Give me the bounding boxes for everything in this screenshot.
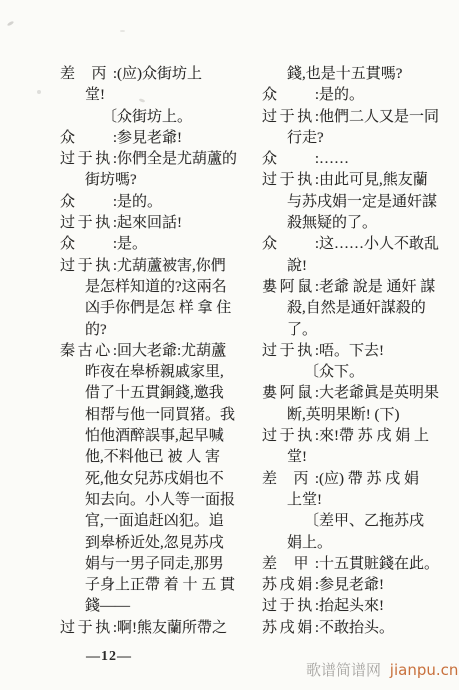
speaker-name: 差 丙: — [60, 64, 117, 85]
dialogue-line: 差 甲:十五貫賍錢在此。 — [262, 554, 459, 575]
dialogue-text: 是的。 — [117, 194, 162, 210]
stage-direction-line: 〔差甲、乙拖苏戌 — [262, 511, 459, 532]
dialogue-continuation-line: 断,英明果断! (下) — [262, 405, 459, 426]
dialogue-line: 众:是的。 — [262, 85, 459, 106]
dialogue-text: 你們全是尤葫蘆的 — [117, 151, 237, 167]
scan-artifact — [120, 30, 125, 32]
dialogue-text: 堂! — [85, 87, 105, 103]
dialogue-continuation-line: 錢—— — [60, 596, 242, 617]
speaker-name: 过于执: — [262, 107, 319, 128]
dialogue-line: 秦古心:回大老爺:尤葫蘆 — [60, 341, 242, 362]
speaker-name: 众: — [60, 192, 117, 213]
dialogue-line: 过于执:尤葫蘆被害,你們 — [60, 256, 242, 277]
speaker-name: 众: — [60, 234, 117, 255]
speaker-name: 过于执: — [262, 170, 319, 191]
dialogue-text: 抬起头來! — [319, 598, 384, 614]
dialogue-text: 死,他女兒苏戌娟也不 — [85, 471, 224, 487]
dialogue-text: 錢—— — [85, 598, 130, 614]
dialogue-text: 是的。 — [319, 87, 364, 103]
dialogue-text: (应)众街坊上 — [117, 66, 202, 82]
stage-direction-line: 〔众街坊上。 — [60, 107, 242, 128]
watermark-site-name: 歌谱简谱网 — [306, 661, 381, 679]
dialogue-text: 回大老爺:尤葫蘆 — [117, 343, 226, 359]
speaker-name: 众: — [262, 85, 319, 106]
dialogue-text: 凶手你們是怎 样 拿 住 — [85, 300, 231, 316]
dialogue-continuation-line: 殺無疑的了。 — [262, 213, 459, 234]
dialogue-line: 众:参見老爺! — [60, 128, 242, 149]
dialogue-continuation-line: 怕他酒醉誤事,起早喊 — [60, 426, 242, 447]
dialogue-text: 尤葫蘆被害,你們 — [117, 258, 226, 274]
dialogue-text: 的? — [85, 322, 107, 338]
dialogue-text: 殺無疑的了。 — [287, 215, 377, 231]
dialogue-line: 过于执:他們二人又是一同 — [262, 107, 459, 128]
speaker-name: 众: — [262, 234, 319, 255]
dialogue-continuation-line: 他,不料他已 被 人 害 — [60, 447, 242, 468]
dialogue-continuation-line: 行走? — [262, 128, 459, 149]
dialogue-line: 过于执:起來回話! — [60, 213, 242, 234]
dialogue-continuation-line: 殺,自然是通奸謀殺的 — [262, 298, 459, 319]
dialogue-continuation-line: 到皋桥近处,忽見苏戌 — [60, 533, 242, 554]
dialogue-text: 大老爺眞是英明果 — [319, 385, 439, 401]
speaker-name: 婁阿鼠: — [262, 277, 319, 298]
dialogue-continuation-line: 堂! — [262, 447, 459, 468]
dialogue-text: 唔。下去! — [319, 343, 384, 359]
dialogue-text: 起來回話! — [117, 215, 182, 231]
dialogue-text: 娟与一男子同走,那男 — [85, 556, 224, 572]
dialogue-text: 上堂! — [287, 492, 322, 508]
dialogue-line: 苏戌娟:参見老爺! — [262, 575, 459, 596]
speaker-name: 过于执: — [262, 426, 319, 447]
dialogue-line: 过于执:抬起头來! — [262, 596, 459, 617]
dialogue-continuation-line: 了。 — [262, 320, 459, 341]
dialogue-line: 众:这……小人不敢乱 — [262, 234, 459, 255]
dialogue-text: 这……小人不敢乱 — [319, 236, 439, 252]
dialogue-text: 参見老爺! — [117, 130, 182, 146]
dialogue-text: 是怎样知道的?这兩名 — [85, 279, 227, 295]
dialogue-continuation-line: 凶手你們是怎 样 拿 住 — [60, 298, 242, 319]
dialogue-text: 是。 — [117, 236, 147, 252]
speaker-name: 过于执: — [60, 213, 117, 234]
speaker-name: 众: — [262, 149, 319, 170]
dialogue-line: 过于执:啊!熊友蘭所帶之 — [60, 618, 242, 639]
dialogue-continuation-line: 相帮与他一同買猪。我 — [60, 405, 242, 426]
dialogue-line: 差 丙:(应)众街坊上 — [60, 64, 242, 85]
dialogue-text: 〔众下。 — [304, 364, 364, 380]
dialogue-text: 行走? — [287, 130, 324, 146]
speaker-name: 过于执: — [60, 256, 117, 277]
speaker-name: 苏戌娟: — [262, 575, 319, 596]
dialogue-continuation-line: 堂! — [60, 85, 242, 106]
speaker-name: 差 丙: — [262, 469, 319, 490]
page-number: —12— — [86, 649, 132, 665]
dialogue-text: 他們二人又是一同 — [319, 109, 439, 125]
speaker-name: 苏戌娟: — [262, 618, 319, 639]
scanned-script-page: 差 丙:(应)众街坊上堂!〔众街坊上。众:参見老爺!过于执:你們全是尤葫蘆的街坊… — [0, 0, 459, 690]
dialogue-continuation-line: 娟上。 — [262, 533, 459, 554]
dialogue-line: 婁阿鼠:老爺 說是 通奸 謀 — [262, 277, 459, 298]
dialogue-text: 他,不料他已 被 人 害 — [85, 449, 220, 465]
dialogue-text: (应) 帶 苏 戌 娟 — [319, 471, 419, 487]
stage-direction-line: 〔众下。 — [262, 362, 459, 383]
dialogue-continuation-line: 上堂! — [262, 490, 459, 511]
dialogue-continuation-line: 的? — [60, 320, 242, 341]
dialogue-text: 参見老爺! — [319, 577, 384, 593]
dialogue-continuation-line: 官,一面追赶凶犯。追 — [60, 511, 242, 532]
watermark-site-url: jianpu.cn — [390, 661, 459, 679]
dialogue-line: 众:是的。 — [60, 192, 242, 213]
dialogue-line: 过于执:來!帶 苏 戌 娟 上 — [262, 426, 459, 447]
dialogue-text: 老爺 說是 通奸 謀 — [319, 279, 435, 295]
dialogue-text: 断,英明果断! (下) — [287, 407, 400, 423]
dialogue-line: 众:…… — [262, 149, 459, 170]
scan-artifact — [37, 90, 41, 94]
dialogue-continuation-line: 街坊嗎? — [60, 170, 242, 191]
dialogue-text: 錢,也是十五貫嗎? — [287, 66, 402, 82]
speaker-name: 婁阿鼠: — [262, 383, 319, 404]
dialogue-text: 堂! — [287, 449, 307, 465]
dialogue-text: 不敢抬头。 — [319, 620, 394, 636]
dialogue-text: 相帮与他一同買猪。我 — [85, 407, 235, 423]
dialogue-text: 街坊嗎? — [85, 172, 137, 188]
dialogue-line: 过于执:你們全是尤葫蘆的 — [60, 149, 242, 170]
dialogue-text: 十五貫賍錢在此。 — [319, 556, 439, 572]
dialogue-text: 怕他酒醉誤事,起早喊 — [85, 428, 224, 444]
dialogue-continuation-line: 是怎样知道的?这兩名 — [60, 277, 242, 298]
script-column: 差 丙:(应)众街坊上堂!〔众街坊上。众:参見老爺!过于执:你們全是尤葫蘆的街坊… — [60, 64, 242, 639]
dialogue-continuation-line: 娟与一男子同走,那男 — [60, 554, 242, 575]
dialogue-continuation-line: 知去向。小人等一面报 — [60, 490, 242, 511]
dialogue-text: 〔众街坊上。 — [102, 109, 192, 125]
dialogue-text: 官,一面追赶凶犯。追 — [85, 513, 224, 529]
dialogue-text: 昨夜在皋桥親戚家里, — [85, 364, 224, 380]
dialogue-text: 〔差甲、乙拖苏戌 — [304, 513, 424, 529]
dialogue-continuation-line: 借了十五貫銅錢,邀我 — [60, 383, 242, 404]
dialogue-continuation-line: 与苏戌娟一定是通奸謀 — [262, 192, 459, 213]
speaker-name: 众: — [60, 128, 117, 149]
dialogue-text: 殺,自然是通奸謀殺的 — [287, 300, 426, 316]
dialogue-text: 由此可見,熊友蘭 — [319, 172, 428, 188]
dialogue-continuation-line: 子身上正帶 着 十 五 貫 — [60, 575, 242, 596]
speaker-name: 过于执: — [262, 341, 319, 362]
dialogue-continuation-line: 說! — [262, 256, 459, 277]
speaker-name: 过于执: — [262, 596, 319, 617]
speaker-name: 差 甲: — [262, 554, 319, 575]
script-column: 錢,也是十五貫嗎?众:是的。过于执:他們二人又是一同行走?众:……过于执:由此可… — [262, 64, 459, 639]
dialogue-continuation-line: 昨夜在皋桥親戚家里, — [60, 362, 242, 383]
watermark: 歌谱简谱网 jianpu.cn — [306, 659, 458, 680]
speaker-name: 过于执: — [60, 618, 117, 639]
dialogue-text: 与苏戌娟一定是通奸謀 — [287, 194, 437, 210]
dialogue-line: 过于执:唔。下去! — [262, 341, 459, 362]
dialogue-line: 过于执:由此可見,熊友蘭 — [262, 170, 459, 191]
dialogue-text: 娟上。 — [287, 535, 332, 551]
dialogue-line: 婁阿鼠:大老爺眞是英明果 — [262, 383, 459, 404]
dialogue-line: 苏戌娟:不敢抬头。 — [262, 618, 459, 639]
dialogue-text: 到皋桥近处,忽見苏戌 — [85, 535, 224, 551]
dialogue-text: 了。 — [287, 322, 317, 338]
scan-artifact — [7, 20, 15, 26]
dialogue-text: 知去向。小人等一面报 — [85, 492, 235, 508]
dialogue-text: 子身上正帶 着 十 五 貫 — [85, 577, 235, 593]
dialogue-text: 啊!熊友蘭所帶之 — [117, 620, 227, 636]
dialogue-continuation-line: 錢,也是十五貫嗎? — [262, 64, 459, 85]
dialogue-line: 差 丙:(应) 帶 苏 戌 娟 — [262, 469, 459, 490]
speaker-name: 秦古心: — [60, 341, 117, 362]
dialogue-text: 來!帶 苏 戌 娟 上 — [319, 428, 429, 444]
dialogue-text: …… — [319, 151, 349, 167]
dialogue-line: 众:是。 — [60, 234, 242, 255]
dialogue-text: 說! — [287, 258, 307, 274]
dialogue-continuation-line: 死,他女兒苏戌娟也不 — [60, 469, 242, 490]
speaker-name: 过于执: — [60, 149, 117, 170]
dialogue-text: 借了十五貫銅錢,邀我 — [85, 385, 224, 401]
